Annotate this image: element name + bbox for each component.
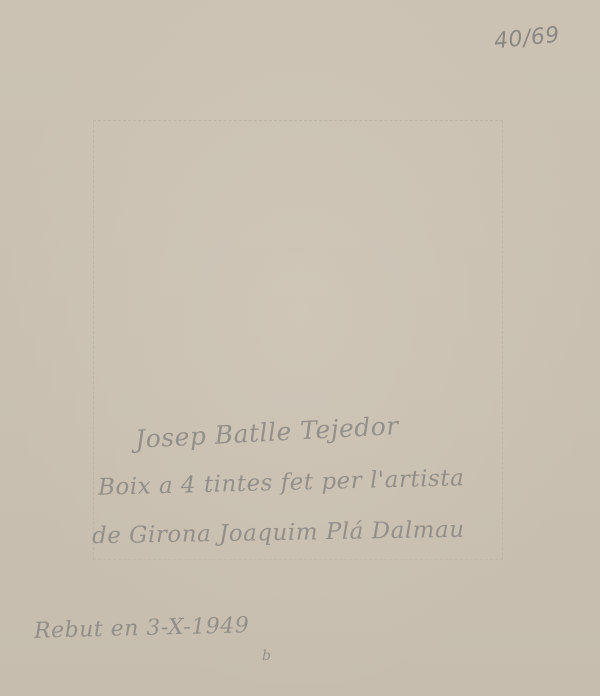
catalog-number: 40/69 — [493, 23, 561, 55]
received-date-annotation: Rebut en 3-X-1949 — [34, 613, 250, 644]
small-mark: b — [262, 648, 271, 664]
document-page: 40/69 Josep Batlle Tejedor Boix a 4 tint… — [0, 0, 600, 696]
